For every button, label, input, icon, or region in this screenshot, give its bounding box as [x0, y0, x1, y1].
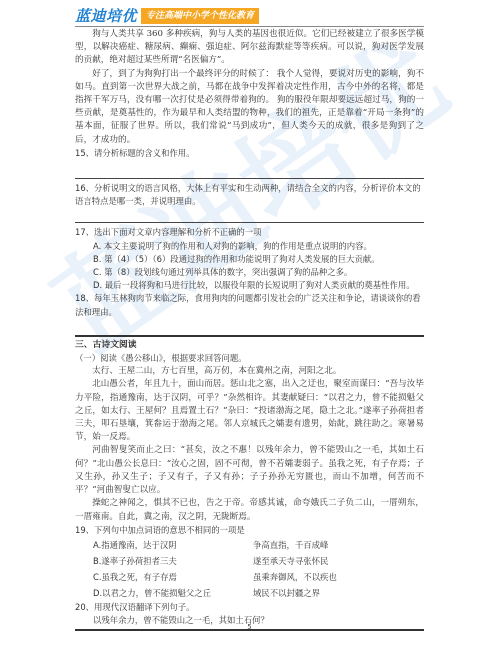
question-19-option-b: B.遂率子孙荷担者三夫 遂至承天寺寻张怀民	[75, 553, 424, 569]
option-left: D.以君之力，曾不能损魁父之丘	[93, 585, 253, 601]
question-16: 16、分析说明文的语言风格，大体上有平实和生动两种，请结合全文的内容，分析评价本…	[75, 182, 424, 208]
section-subtitle: （一）阅读《愚公移山》，根据要求回答问题。	[75, 352, 424, 365]
option-right: 遂至承天寺寻张怀民	[253, 553, 328, 569]
answer-space	[75, 319, 424, 335]
question-17-option-a: A. 本文主要说明了狗的作用和人对狗的影响，狗的作用是重点说明的内容。	[75, 240, 424, 253]
option-right: 争高直指，千百成峰	[253, 537, 328, 553]
classical-paragraph: 北山愚公者，年且九十，面山而居。惩山北之塞，出入之迂也，聚室而谋曰：“吾与汝毕力…	[75, 378, 424, 444]
question-18: 18、每年玉林狗肉节来临之际，食用狗肉的问题都引发社会的广泛关注和争论，请谈谈你…	[75, 292, 424, 318]
question-17-option-d: D. 最后一段将狗和马进行比较，以服役年限的长短说明了狗对人类贡献的奠基性作用。	[75, 279, 424, 292]
question-19-stem: 19、下列句中加点词语的意思不相同的一项是	[75, 524, 424, 537]
section-divider	[75, 335, 424, 337]
option-left: B.遂率子孙荷担者三夫	[93, 553, 253, 569]
question-17-option-c: C. 第（8）段划线句通过列举具体的数字，突出强调了狗的品种之多。	[75, 266, 424, 279]
classical-paragraph: 太行、王屋二山，方七百里，高万仞，本在冀州之南，河阳之北。	[75, 365, 424, 378]
question-17-stem: 17、选出下面对文章内容理解和分析不正确的一项	[75, 226, 424, 239]
question-17-option-b: B. 第（4）（5）（6）段通过狗的作用和功能说明了狗对人类发展的巨大贡献。	[75, 253, 424, 266]
brand-slogan: 专注高端中小学个性化教育	[141, 8, 259, 24]
content: 狗与人类共享 360 多种疾病，狗与人类的基因也很近似。它们已经被建立了很多医学…	[75, 28, 424, 631]
document-page: 蓝迪培优 蓝迪培优 专注高端中小学个性化教育 狗与人类共享 360 多种疾病，狗…	[0, 0, 499, 647]
brand-logo: 蓝迪培优	[75, 7, 137, 25]
option-left: C.虽我之死，有子存焉	[93, 569, 253, 585]
section-title: 三、古诗文阅读	[75, 339, 424, 352]
question-20-stem: 20、用现代汉语翻译下列句子。	[75, 601, 424, 614]
answer-line	[75, 222, 424, 223]
page-number: 5	[0, 623, 499, 631]
question-15: 15、请分析标题的含义和作用。	[75, 147, 424, 160]
question-19-option-a: A.指通豫南，达于汉阴 争高直指，千百成峰	[75, 537, 424, 553]
classical-paragraph: 河曲智叟笑而止之曰：“甚矣，汝之不惠！以残年余力，曾不能毁山之一毛，其如土石何？…	[75, 444, 424, 497]
header-divider	[75, 26, 424, 27]
question-19-option-d: D.以君之力，曾不能损魁父之丘 域民不以封疆之界	[75, 585, 424, 601]
option-right: 域民不以封疆之界	[253, 585, 320, 601]
answer-line	[75, 178, 424, 179]
option-left: A.指通豫南，达于汉阴	[93, 537, 253, 553]
header: 蓝迪培优 专注高端中小学个性化教育	[75, 7, 259, 25]
answer-space	[75, 208, 424, 222]
passage-paragraph: 好了，到了为狗狗打出一个最终评分的时候了： 我个人觉得，要说对历史的影响，狗不如…	[75, 68, 424, 147]
classical-paragraph: 操蛇之神闻之，惧其不已也，告之于帝。帝感其诚，命夸娥氏二子负二山，一厝朔东，一厝…	[75, 497, 424, 523]
question-19-option-c: C.虽我之死，有子存焉 虽乘奔御风，不以疾也	[75, 569, 424, 585]
passage-paragraph: 狗与人类共享 360 多种疾病，狗与人类的基因也很近似。它们已经被建立了很多医学…	[75, 28, 424, 68]
option-right: 虽乘奔御风，不以疾也	[253, 569, 337, 585]
answer-space	[75, 160, 424, 178]
